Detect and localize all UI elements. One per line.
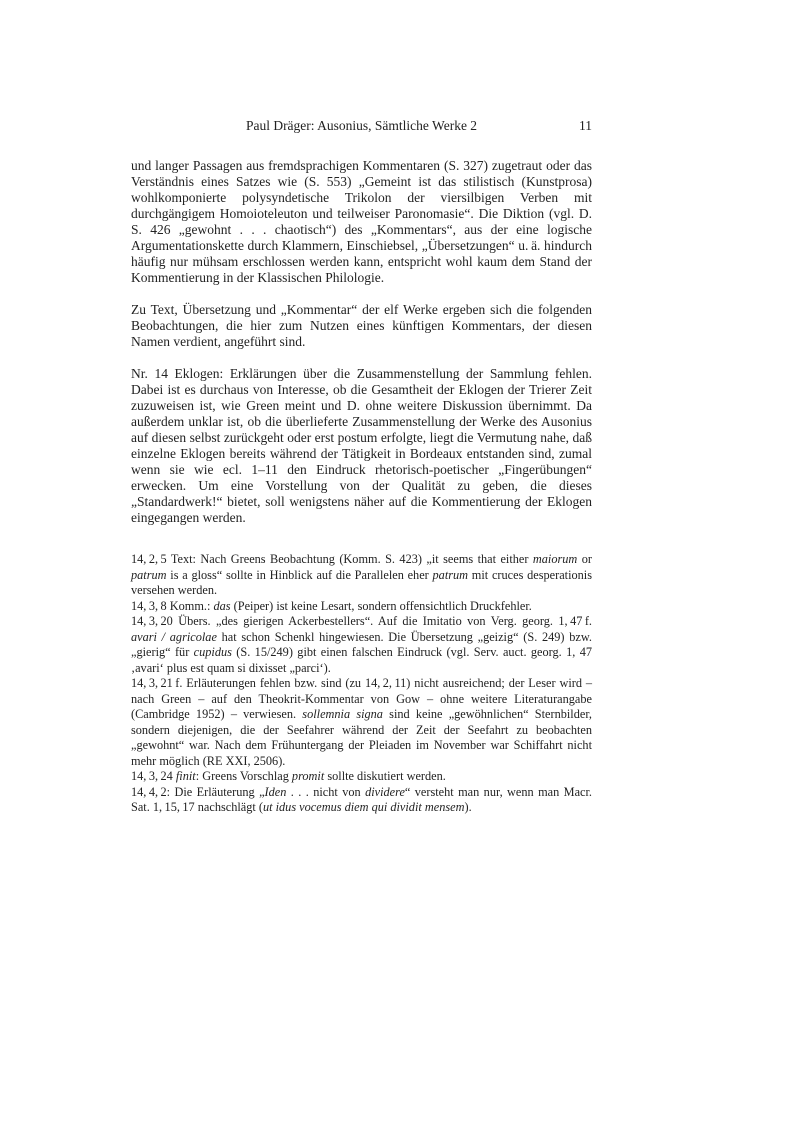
notes-block: 14, 2, 5 Text: Nach Greens Beobachtung (… <box>131 552 592 816</box>
running-header: Paul Dräger: Ausonius, Sämtliche Werke 2… <box>131 118 592 134</box>
paragraph: und langer Passagen aus fremdsprachigen … <box>131 158 592 286</box>
note: 14, 3, 24 finit: Greens Vorschlag promit… <box>131 769 592 785</box>
note: 14, 3, 8 Komm.: das (Peiper) ist keine L… <box>131 599 592 615</box>
paragraph: Nr. 14 Eklogen: Erklärungen über die Zus… <box>131 366 592 526</box>
text-block: Paul Dräger: Ausonius, Sämtliche Werke 2… <box>131 118 592 816</box>
note: 14, 4, 2: Die Erläuterung „Iden . . . ni… <box>131 785 592 816</box>
note: 14, 2, 5 Text: Nach Greens Beobachtung (… <box>131 552 592 599</box>
document-page: Paul Dräger: Ausonius, Sämtliche Werke 2… <box>0 0 800 1131</box>
body-text: und langer Passagen aus fremdsprachigen … <box>131 158 592 526</box>
running-head-title: Paul Dräger: Ausonius, Sämtliche Werke 2 <box>131 118 592 134</box>
note: 14, 3, 20 Übers. „des gierigen Ackerbest… <box>131 614 592 676</box>
note: 14, 3, 21 f. Erläuterungen fehlen bzw. s… <box>131 676 592 769</box>
paragraph: Zu Text, Übersetzung und „Kommentar“ der… <box>131 302 592 350</box>
page-number: 11 <box>579 118 592 134</box>
